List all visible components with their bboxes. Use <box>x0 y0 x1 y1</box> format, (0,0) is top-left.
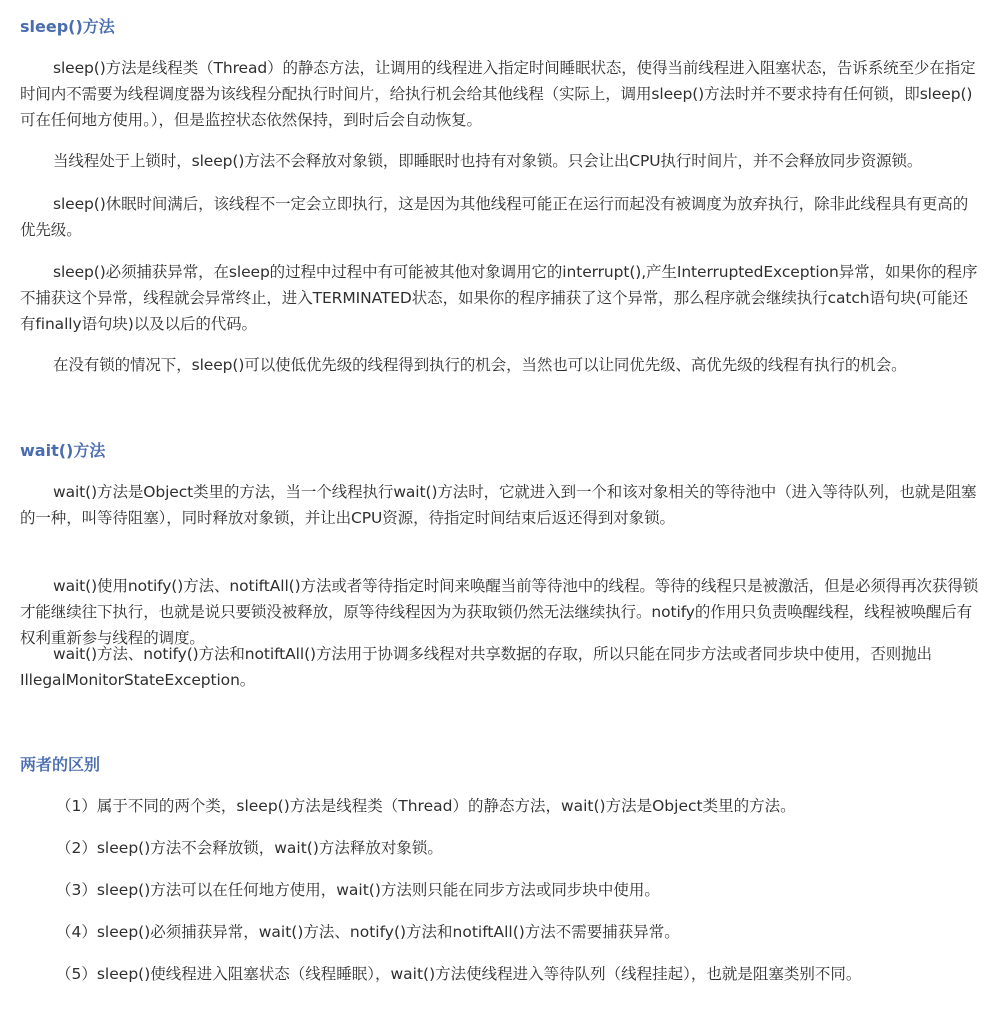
section-title-sleep: sleep()方法 <box>20 16 115 38</box>
sleep-paragraph-4: sleep()必须捕获异常，在sleep的过程中过程中有可能被其他对象调用它的i… <box>20 259 980 337</box>
difference-item-2: （2）sleep()方法不会释放锁，wait()方法释放对象锁。 <box>20 835 980 861</box>
section-title-difference: 两者的区别 <box>20 754 100 776</box>
difference-item-5: （5）sleep()使线程进入阻塞状态（线程睡眠），wait()方法使线程进入等… <box>20 961 980 987</box>
sleep-paragraph-1: sleep()方法是线程类（Thread）的静态方法，让调用的线程进入指定时间睡… <box>20 55 980 133</box>
sleep-paragraph-3: sleep()休眠时间满后，该线程不一定会立即执行，这是因为其他线程可能正在运行… <box>20 191 980 243</box>
wait-paragraph-3: wait()方法、notify()方法和notiftAll()方法用于协调多线程… <box>20 641 980 693</box>
difference-item-3: （3）sleep()方法可以在任何地方使用，wait()方法则只能在同步方法或同… <box>20 877 980 903</box>
section-title-wait: wait()方法 <box>20 440 105 462</box>
wait-paragraph-1: wait()方法是Object类里的方法，当一个线程执行wait()方法时，它就… <box>20 479 980 531</box>
wait-paragraph-2: wait()使用notify()方法、notiftAll()方法或者等待指定时间… <box>20 573 980 651</box>
difference-item-4: （4）sleep()必须捕获异常，wait()方法、notify()方法和not… <box>20 919 980 945</box>
difference-item-1: （1）属于不同的两个类，sleep()方法是线程类（Thread）的静态方法，w… <box>20 793 980 819</box>
sleep-paragraph-5: 在没有锁的情况下，sleep()可以使低优先级的线程得到执行的机会，当然也可以让… <box>20 352 980 378</box>
sleep-paragraph-2: 当线程处于上锁时，sleep()方法不会释放对象锁，即睡眠时也持有对象锁。只会让… <box>20 148 980 174</box>
